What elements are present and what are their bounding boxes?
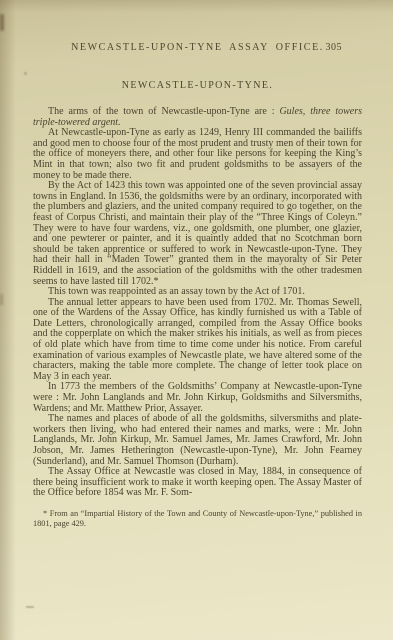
footnote: * From an “Impartial History of the Town… — [33, 509, 362, 529]
paragraph-office-closed: The Assay Office at Newcastle was closed… — [33, 467, 362, 499]
scan-speck — [24, 72, 27, 75]
scan-top-shadow — [0, 0, 393, 12]
paragraph-arms: The arms of the town of Newcastle-upon-T… — [33, 107, 362, 128]
running-header: NEWCASTLE-UPON-TYNE ASSAY OFFICE. 305 — [33, 42, 393, 54]
paragraph-act-1423: By the Act of 1423 this town was appoint… — [33, 181, 362, 287]
paragraph-annual-letter: The annual letter appears to have been u… — [33, 298, 362, 383]
text-block: NEWCASTLE-UPON-TYNE ASSAY OFFICE. 305 NE… — [33, 42, 362, 529]
paragraph-names-abode: The names and places of abode of all the… — [33, 414, 362, 467]
paragraph-henry-iii: At Newcastle-upon-Tyne as early as 1249,… — [33, 128, 362, 181]
running-header-title: NEWCASTLE-UPON-TYNE ASSAY OFFICE. — [71, 42, 324, 53]
paragraph-arms-lead: The arms of the town of Newcastle-upon-T… — [48, 106, 279, 117]
paragraph-members-1773: In 1773 the members of the Goldsmiths’ C… — [33, 382, 362, 414]
scan-speck — [26, 606, 34, 608]
page-number: 305 — [326, 42, 343, 54]
section-heading: NEWCASTLE-UPON-TYNE. — [33, 80, 362, 92]
scan-smudge — [0, 14, 4, 31]
scan-gutter-shadow — [0, 0, 16, 640]
book-page-scan: NEWCASTLE-UPON-TYNE ASSAY OFFICE. 305 NE… — [0, 0, 393, 640]
scan-smudge — [0, 294, 3, 305]
body-copy: The arms of the town of Newcastle-upon-T… — [33, 107, 362, 499]
